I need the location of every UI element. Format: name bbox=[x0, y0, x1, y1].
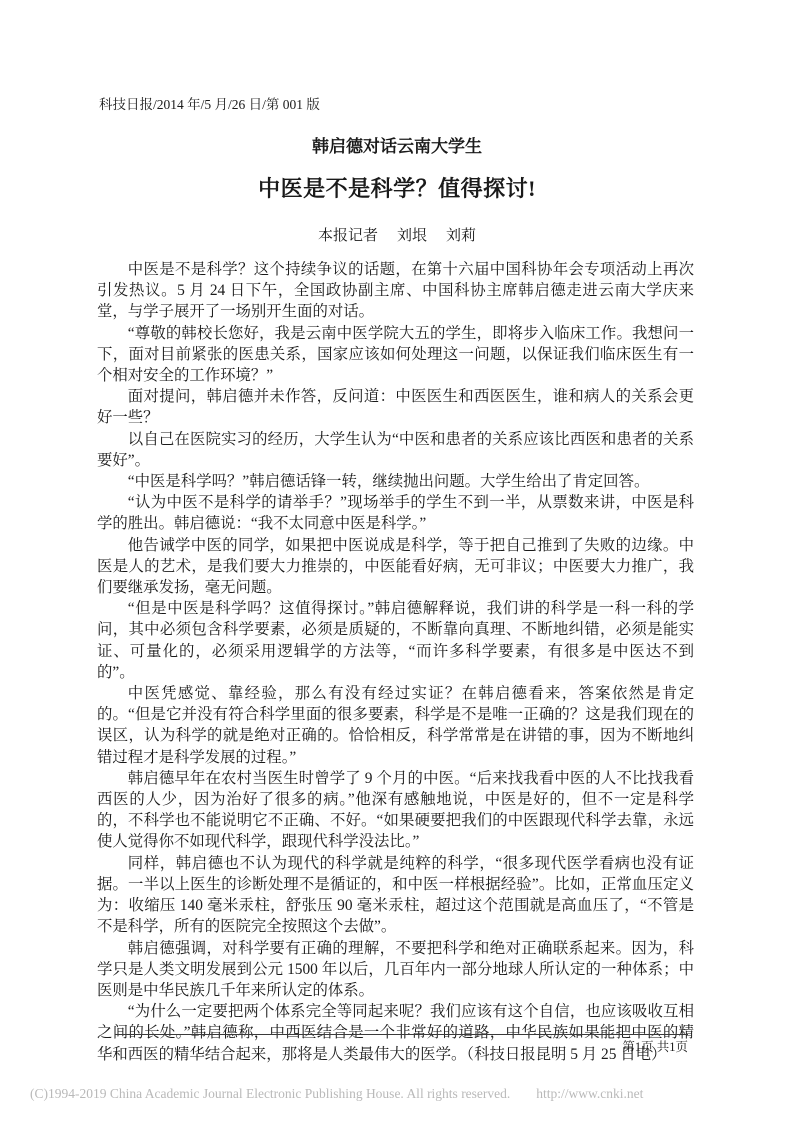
article-kicker: 韩启德对话云南大学生 bbox=[99, 137, 695, 157]
article-paragraph: 以自己在医院实习的经历，大学生认为“中医和患者的关系应该比西医和患者的关系要好”… bbox=[97, 429, 694, 471]
article-paragraph: 韩启德强调，对科学要有正确的理解，不要把科学和绝对正确联系起来。因为，科学只是人… bbox=[97, 938, 694, 1002]
article-paragraph: 中医是不是科学？这个持续争议的话题，在第十六届中国科协年会专项活动上再次引发热议… bbox=[97, 259, 694, 323]
article-paragraph: 面对提问，韩启德并未作答，反问道：中医医生和西医医生，谁和病人的关系会更好一些？ bbox=[97, 386, 694, 428]
source-meta-line: 科技日报/2014 年/5 月/26 日/第 001 版 bbox=[99, 96, 320, 114]
article-paragraph: 韩启德早年在农村当医生时曾学了 9 个月的中医。“后来找我看中医的人不比找我看西… bbox=[97, 768, 694, 853]
article-paragraph: 中医凭感觉、靠经验，那么有没有经过实证？在韩启德看来，答案依然是肯定的。“但是它… bbox=[97, 683, 694, 768]
article-byline: 本报记者 刘垠 刘莉 bbox=[99, 227, 695, 245]
copyright-notice: (C)1994-2019 China Academic Journal Elec… bbox=[30, 1085, 510, 1102]
document-page: 科技日报/2014 年/5 月/26 日/第 001 版 韩启德对话云南大学生 … bbox=[0, 0, 794, 1123]
article-paragraph: “认为中医不是科学的请举手？”现场举手的学生不到一半，从票数来讲，中医是科学的胜… bbox=[97, 492, 694, 534]
byline-author: 刘垠 bbox=[397, 227, 427, 245]
footer-divider bbox=[115, 1034, 688, 1035]
article-paragraph: 他告诫学中医的同学，如果把中医说成是科学，等于把自己推到了失败的边缘。中医是人的… bbox=[97, 535, 694, 599]
article-body: 中医是不是科学？这个持续争议的话题，在第十六届中国科协年会专项活动上再次引发热议… bbox=[97, 259, 694, 1065]
article-title: 中医是不是科学？值得探讨! bbox=[99, 176, 695, 202]
article-paragraph: “尊敬的韩校长您好，我是云南中医学院大五的学生，即将步入临床工作。我想问一下，面… bbox=[97, 323, 694, 387]
copyright-url: http://www.cnki.net bbox=[536, 1085, 643, 1102]
article-paragraph: 同样，韩启德也不认为现代的科学就是纯粹的科学，“很多现代医学看病也没有证据。一半… bbox=[97, 853, 694, 938]
copyright-line: (C)1994-2019 China Academic Journal Elec… bbox=[30, 1085, 643, 1102]
article-paragraph: “中医是科学吗？”韩启德话锋一转，继续抛出问题。大学生给出了肯定回答。 bbox=[97, 471, 694, 492]
article-paragraph: “但是中医是科学吗？这值得探讨。”韩启德解释说，我们讲的科学是一科一科的学问，其… bbox=[97, 598, 694, 683]
byline-role: 本报记者 bbox=[318, 227, 378, 245]
page-indicator: 第1页 共1页 bbox=[115, 1039, 688, 1056]
byline-author: 刘莉 bbox=[446, 227, 476, 245]
